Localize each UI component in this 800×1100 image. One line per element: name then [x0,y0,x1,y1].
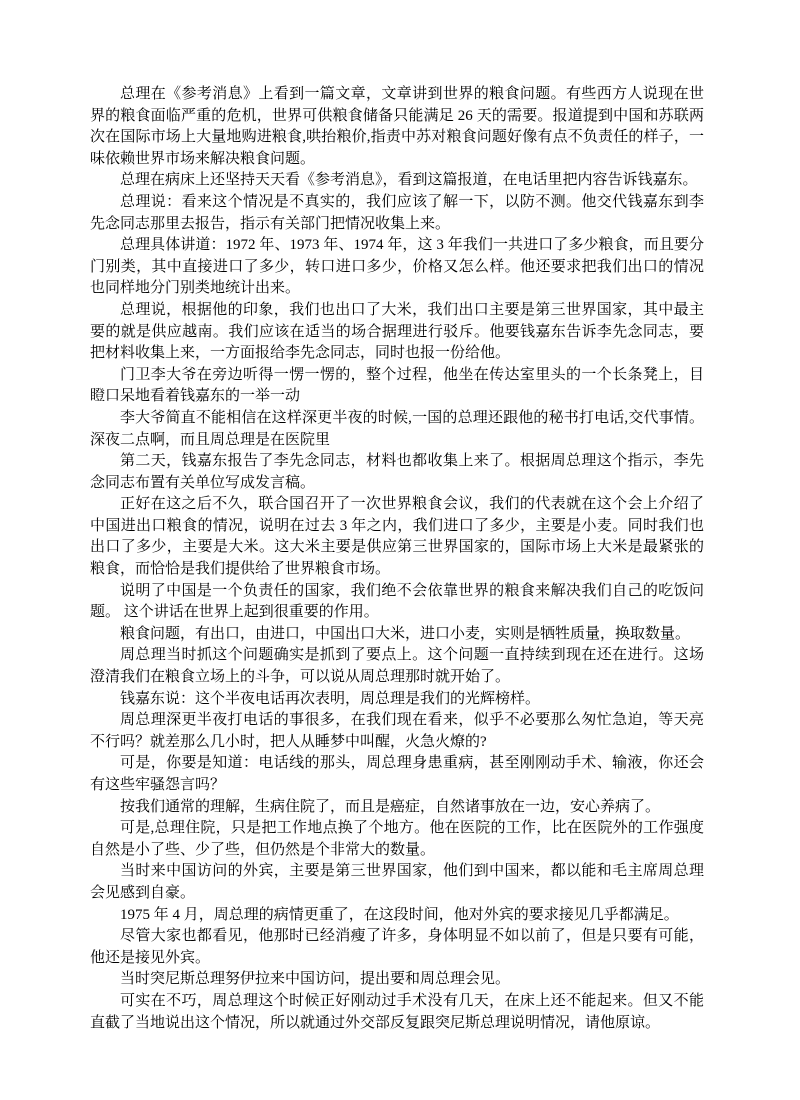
paragraph: 总理具体讲道：1972 年、1973 年、1974 年，这 3 年我们一共进口了… [90,235,704,300]
paragraph: 当时突尼斯总理努伊拉来中国访问，提出要和周总理会见。 [90,969,704,991]
paragraph: 李大爷简直不能相信在这样深更半夜的时候,一国的总理还跟他的秘书打电话,交代事情。… [90,408,704,451]
paragraph: 周总理当时抓这个问题确实是抓到了要点上。这个问题一直持续到现在还在进行。这场澄清… [90,645,704,688]
paragraph: 当时来中国访问的外宾，主要是第三世界国家，他们到中国来，都以能和毛主席周总理会见… [90,861,704,904]
paragraph: 粮食问题，有出口，由进口，中国出口大米，进口小麦，实则是牺牲质量，换取数量。 [90,624,704,646]
paragraph: 说明了中国是一个负责任的国家，我们绝不会依靠世界的粮食来解决我们自己的吃饭问题。… [90,581,704,624]
paragraph: 正好在这之后不久，联合国召开了一次世界粮食会议，我们的代表就在这个会上介绍了中国… [90,494,704,580]
paragraph: 可是，你要是知道：电话线的那头，周总理身患重病，甚至刚刚动手术、输液，你还会有这… [90,753,704,796]
paragraph: 总理在病床上还坚持天天看《参考消息》，看到这篇报道，在电话里把内容告诉钱嘉东。 [90,170,704,192]
paragraph: 尽管大家也都看见，他那时已经消瘦了许多，身体明显不如以前了，但是只要有可能，他还… [90,926,704,969]
paragraph: 总理在《参考消息》上看到一篇文章，文章讲到世界的粮食问题。有些西方人说现在世界的… [90,84,704,170]
paragraph: 可实在不巧，周总理这个时候正好刚动过手术没有几天，在床上还不能起来。但又不能直截… [90,991,704,1034]
paragraph: 按我们通常的理解，生病住院了，而且是癌症，自然诸事放在一边，安心养病了。 [90,797,704,819]
paragraph: 可是,总理住院，只是把工作地点换了个地方。他在医院的工作，比在医院外的工作强度自… [90,818,704,861]
paragraph: 周总理深更半夜打电话的事很多，在我们现在看来，似乎不必要那么匆忙急迫，等天亮不行… [90,710,704,753]
paragraph: 总理说：看来这个情况是不真实的，我们应该了解一下，以防不测。他交代钱嘉东到李先念… [90,192,704,235]
paragraph: 总理说，根据他的印象，我们也出口了大米，我们出口主要是第三世界国家，其中最主要的… [90,300,704,365]
paragraph: 第二天，钱嘉东报告了李先念同志，材料也都收集上来了。根据周总理这个指示，李先念同… [90,451,704,494]
paragraph: 门卫李大爷在旁边听得一愣一愣的，整个过程，他坐在传达室里头的一个长条凳上，目瞪口… [90,365,704,408]
document-page: 总理在《参考消息》上看到一篇文章，文章讲到世界的粮食问题。有些西方人说现在世界的… [90,84,704,1034]
paragraph: 钱嘉东说：这个半夜电话再次表明，周总理是我们的光辉榜样。 [90,689,704,711]
paragraph: 1975 年 4 月，周总理的病情更重了，在这段时间，他对外宾的要求接见几乎都满… [90,905,704,927]
